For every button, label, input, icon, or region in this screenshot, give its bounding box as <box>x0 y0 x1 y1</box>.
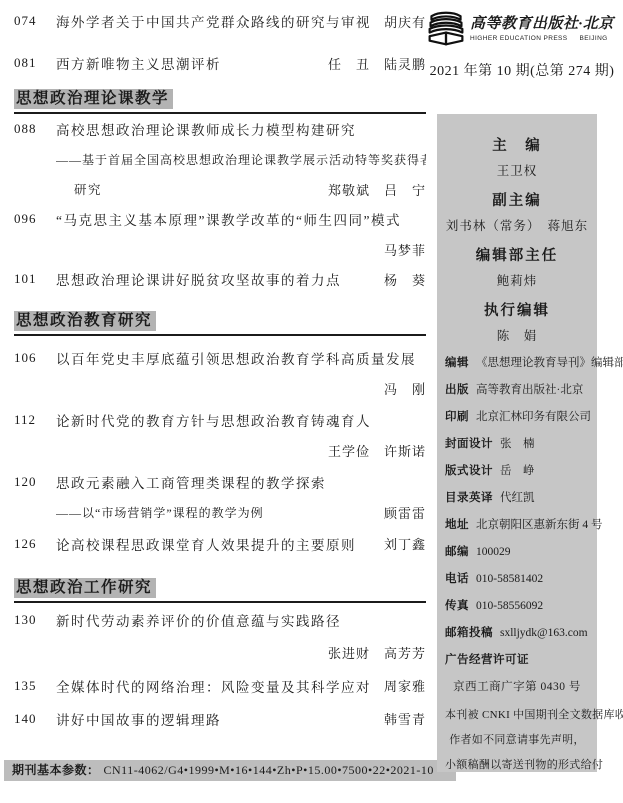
info-address: 地址北京朝阳区惠新东街 4 号 <box>445 516 589 532</box>
note-line: 小额稿酬以寄送刊物的形式给付 <box>445 756 589 772</box>
ad-license-number: 京西工商广字第 0430 号 <box>445 678 589 694</box>
page-number: 112 <box>14 412 56 428</box>
info-label: 邮编 <box>445 546 469 558</box>
info-label: 目录英译 <box>445 492 493 504</box>
info-value: 《思想理论教育导刊》编辑部 <box>476 357 623 369</box>
info-editor: 编辑《思想理论教育导刊》编辑部 <box>445 354 589 370</box>
article-title: 全媒体时代的网络治理：风险变量及其科学应对 <box>56 676 384 696</box>
toc-section-education-research: 106 以百年党史丰厚底蕴引领思想政治教育学科高质量发展 冯 刚 112 论新时… <box>14 342 426 559</box>
page-number: 130 <box>14 612 56 628</box>
info-label: 封面设计 <box>445 438 493 450</box>
article-authors: 王学俭 许斯诺 <box>328 441 426 460</box>
info-value: 北京朝阳区惠新东街 4 号 <box>476 519 603 531</box>
info-value: 010-58581402 <box>476 573 543 585</box>
cnki-notes: 本刊被 CNKI 中国期刊全文数据库收录， 作者如不同意请事先声明， 小额稿酬以… <box>445 706 589 772</box>
info-submission-email: 邮箱投稿sxlljydk@163.com <box>445 624 589 640</box>
toc-entry-120-subtitle: ——以“市场营销学”课程的教学为例 顾雷雷 <box>14 497 426 528</box>
page-number: 096 <box>14 211 56 227</box>
article-authors: 张进财 高芳芳 <box>328 643 426 662</box>
article-title: 论高校课程思政课堂育人效果提升的主要原则 <box>56 534 384 554</box>
publisher-logo: 高等教育出版社·北京 HIGHER EDUCATION PRESS BEIJIN… <box>424 8 620 48</box>
section-header-education-research: 思想政治教育研究 <box>14 308 426 336</box>
info-label: 出版 <box>445 384 469 396</box>
publisher-city-en-text: BEIJING <box>580 35 608 42</box>
article-title: 讲好中国故事的逻辑理路 <box>56 709 384 729</box>
toc-entry-088: 088 高校思想政治理论课教师成长力模型构建研究 <box>14 114 426 144</box>
article-authors: 韩雪青 <box>384 709 426 728</box>
toc-entry-088-subtitle: ——基于首届全国高校思想政治理论课教学展示活动特等奖获得者的 <box>14 144 426 174</box>
article-title: 高校思想政治理论课教师成长力模型构建研究 <box>56 119 426 139</box>
toc-entry-074: 074 海外学者关于中国共产党群众路线的研究与审视 胡庆有 <box>14 6 426 36</box>
editorial-info-panel: 主 编 王卫权 副主编 刘书林（常务） 蒋旭东 编辑部主任 鲍莉炜 执行编辑 陈… <box>437 114 597 772</box>
info-label: 广告经营许可证 <box>445 654 529 666</box>
info-value: 高等教育出版社·北京 <box>476 384 583 396</box>
page-number: 140 <box>14 711 56 727</box>
article-title: 西方新唯物主义思潮评析 <box>56 53 328 73</box>
info-cover-design: 封面设计张 楠 <box>445 435 589 451</box>
info-layout-design: 版式设计岳 峥 <box>445 462 589 478</box>
toc-entry-126: 126 论高校课程思政课堂育人效果提升的主要原则 刘丁鑫 <box>14 528 426 559</box>
page-number: 074 <box>14 13 56 29</box>
article-authors: 冯 刚 <box>384 379 426 398</box>
toc-entry-106-authors: 冯 刚 <box>14 373 426 404</box>
info-value: 张 楠 <box>500 438 535 450</box>
books-logo-icon <box>426 8 466 48</box>
sidebar-column: 高等教育出版社·北京 HIGHER EDUCATION PRESS BEIJIN… <box>424 8 620 772</box>
role-names: 陈 娟 <box>445 326 589 344</box>
article-title: 新时代劳动素养评价的价值意蕴与实践路径 <box>56 610 426 630</box>
role-executive-editor: 执行编辑 陈 娟 <box>445 299 589 344</box>
article-authors: 马梦菲 <box>384 240 426 259</box>
info-value: 代红凯 <box>500 492 535 504</box>
article-title: “马克思主义基本原理”课教学改革的“师生四同”模式 <box>56 209 426 229</box>
article-subtitle: ——以“市场营销学”课程的教学为例 <box>56 504 384 521</box>
toc-main-column: 074 海外学者关于中国共产党群众路线的研究与审视 胡庆有 081 西方新唯物主… <box>14 6 426 735</box>
page-number: 126 <box>14 536 56 552</box>
note-line: 作者如不同意请事先声明， <box>445 731 589 747</box>
page-number: 106 <box>14 350 56 366</box>
page-number: 120 <box>14 474 56 490</box>
page-number: 135 <box>14 678 56 694</box>
info-fax: 传真010-58556092 <box>445 597 589 613</box>
article-title: 思想政治理论课讲好脱贫攻坚故事的着力点 <box>56 269 384 289</box>
info-label: 版式设计 <box>445 465 493 477</box>
journal-parameters-bar: 期刊基本参数：CN11-4062/G4•1999•M•16•144•Zh•P•1… <box>4 760 456 781</box>
article-subtitle: ——基于首届全国高校思想政治理论课教学展示活动特等奖获得者的 <box>56 151 426 168</box>
article-authors: 杨 葵 <box>384 270 426 289</box>
info-value: 100029 <box>476 546 511 558</box>
toc-entry-096-authors: 马梦菲 <box>14 234 426 264</box>
article-title: 思政元素融入工商管理类课程的教学探索 <box>56 472 426 492</box>
info-label: 编辑 <box>445 357 469 369</box>
info-postcode: 邮编100029 <box>445 543 589 559</box>
article-title: 海外学者关于中国共产党群众路线的研究与审视 <box>56 11 384 31</box>
parameters-label: 期刊基本参数： <box>12 763 100 777</box>
toc-entry-120: 120 思政元素融入工商管理类课程的教学探索 <box>14 466 426 497</box>
toc-section-work-research: 130 新时代劳动素养评价的价值意蕴与实践路径 张进财 高芳芳 135 全媒体时… <box>14 603 426 735</box>
toc-entry-130: 130 新时代劳动素养评价的价值意蕴与实践路径 <box>14 603 426 636</box>
article-authors: 胡庆有 <box>384 12 426 31</box>
info-value: 岳 峥 <box>500 465 535 477</box>
parameters-value: CN11-4062/G4•1999•M•16•144•Zh•P•15.00•75… <box>104 763 434 777</box>
toc-entry-081: 081 西方新唯物主义思潮评析 任 丑 陆灵鹏 <box>14 48 426 78</box>
toc-entry-140: 140 讲好中国故事的逻辑理路 韩雪青 <box>14 702 426 735</box>
toc-entry-112: 112 论新时代党的教育方针与思想政治教育铸魂育人 <box>14 404 426 435</box>
section-header-teaching: 思想政治理论课教学 <box>14 86 426 114</box>
info-label: 传真 <box>445 600 469 612</box>
role-names: 刘书林（常务） 蒋旭东 <box>445 216 589 234</box>
article-authors: 周家雅 <box>384 676 426 695</box>
publisher-name-cn: 高等教育出版社·北京 <box>470 12 614 33</box>
info-phone: 电话010-58581402 <box>445 570 589 586</box>
note-line: 本刊被 CNKI 中国期刊全文数据库收录， <box>445 706 589 722</box>
article-authors: 顾雷雷 <box>384 503 426 522</box>
info-label: 电话 <box>445 573 469 585</box>
info-value: 北京汇林印务有限公司 <box>476 411 591 423</box>
role-deputy-editor: 副主编 刘书林（常务） 蒋旭东 <box>445 189 589 234</box>
issue-number-line: 2021 年第 10 期(总第 274 期) <box>424 60 620 80</box>
page-number: 088 <box>14 121 56 137</box>
article-authors: 郑敬斌 吕 宁 <box>328 180 426 199</box>
toc-entry-101: 101 思想政治理论课讲好脱贫攻坚故事的着力点 杨 葵 <box>14 264 426 294</box>
role-names: 王卫权 <box>445 161 589 179</box>
page-number: 081 <box>14 55 56 71</box>
role-title: 编辑部主任 <box>445 244 589 265</box>
article-subtitle-continued: 研究 <box>56 180 328 198</box>
role-department-director: 编辑部主任 鲍莉炜 <box>445 244 589 289</box>
toc-entry-135: 135 全媒体时代的网络治理：风险变量及其科学应对 周家雅 <box>14 669 426 702</box>
info-ad-license: 广告经营许可证 <box>445 651 589 667</box>
section-header-work-research: 思想政治工作研究 <box>14 575 426 603</box>
article-title: 论新时代党的教育方针与思想政治教育铸魂育人 <box>56 410 426 430</box>
role-title: 主 编 <box>445 134 589 155</box>
toc-entry-096: 096 “马克思主义基本原理”课教学改革的“师生四同”模式 <box>14 204 426 234</box>
info-toc-translation: 目录英译代红凯 <box>445 489 589 505</box>
publisher-name-en: HIGHER EDUCATION PRESS BEIJING <box>470 35 614 42</box>
page-number: 101 <box>14 271 56 287</box>
article-authors: 刘丁鑫 <box>384 534 426 553</box>
toc-entry-130-authors: 张进财 高芳芳 <box>14 636 426 669</box>
info-value: 010-58556092 <box>476 600 543 612</box>
toc-entry-088-continuation: 研究 郑敬斌 吕 宁 <box>14 174 426 204</box>
role-title: 执行编辑 <box>445 299 589 320</box>
section-header-label: 思想政治理论课教学 <box>14 89 173 109</box>
publication-info-list: 编辑《思想理论教育导刊》编辑部 出版高等教育出版社·北京 印刷北京汇林印务有限公… <box>445 354 589 694</box>
section-header-label: 思想政治教育研究 <box>14 311 156 331</box>
publisher-name-block: 高等教育出版社·北京 HIGHER EDUCATION PRESS BEIJIN… <box>470 8 614 42</box>
article-authors: 任 丑 陆灵鹏 <box>328 54 426 73</box>
info-publisher: 出版高等教育出版社·北京 <box>445 381 589 397</box>
role-names: 鲍莉炜 <box>445 271 589 289</box>
section-header-label: 思想政治工作研究 <box>14 578 156 598</box>
role-chief-editor: 主 编 王卫权 <box>445 134 589 179</box>
journal-toc-page: 074 海外学者关于中国共产党群众路线的研究与审视 胡庆有 081 西方新唯物主… <box>0 0 623 803</box>
toc-entry-106: 106 以百年党史丰厚底蕴引领思想政治教育学科高质量发展 <box>14 342 426 373</box>
info-printer: 印刷北京汇林印务有限公司 <box>445 408 589 424</box>
info-value: sxlljydk@163.com <box>500 627 588 639</box>
toc-entry-112-authors: 王学俭 许斯诺 <box>14 435 426 466</box>
info-label: 邮箱投稿 <box>445 627 493 639</box>
publisher-name-en-text: HIGHER EDUCATION PRESS <box>470 35 568 42</box>
info-label: 地址 <box>445 519 469 531</box>
info-label: 印刷 <box>445 411 469 423</box>
role-title: 副主编 <box>445 189 589 210</box>
article-title: 以百年党史丰厚底蕴引领思想政治教育学科高质量发展 <box>56 348 426 368</box>
toc-section-teaching: 088 高校思想政治理论课教师成长力模型构建研究 ——基于首届全国高校思想政治理… <box>14 114 426 294</box>
toc-section-intro: 074 海外学者关于中国共产党群众路线的研究与审视 胡庆有 081 西方新唯物主… <box>14 6 426 78</box>
